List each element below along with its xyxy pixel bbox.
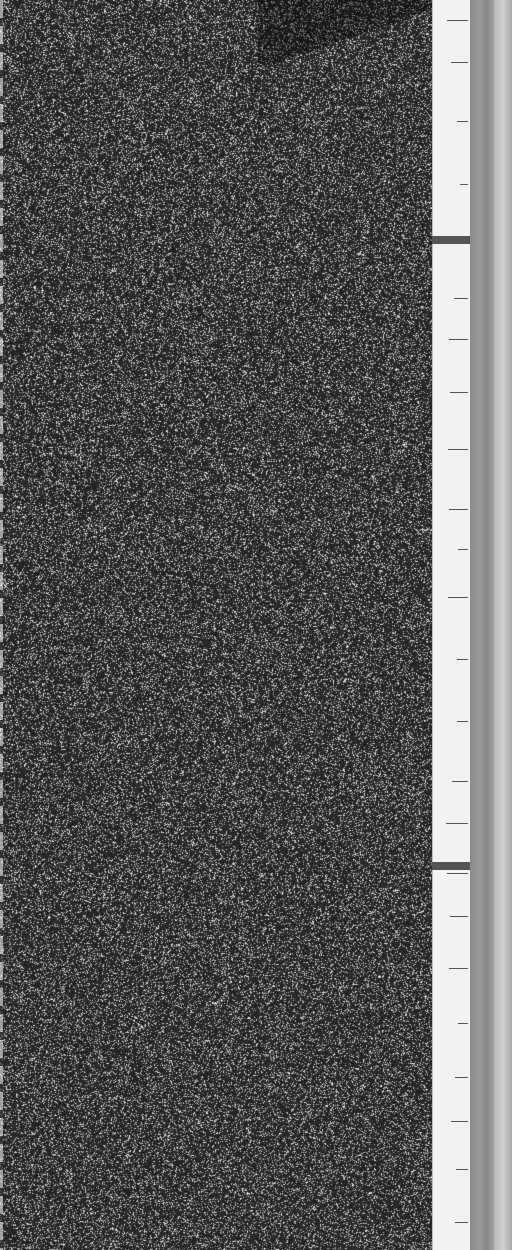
left-lane-marking [0,0,3,1250]
lane-edge-line [432,244,471,862]
stripe-joint [432,862,472,870]
curb [494,0,512,1250]
lane-edge-line [432,0,471,236]
asphalt-texture [0,0,434,1250]
lane-edge-line [432,870,471,1250]
road-surface-image [0,0,512,1250]
gutter [470,0,494,1250]
